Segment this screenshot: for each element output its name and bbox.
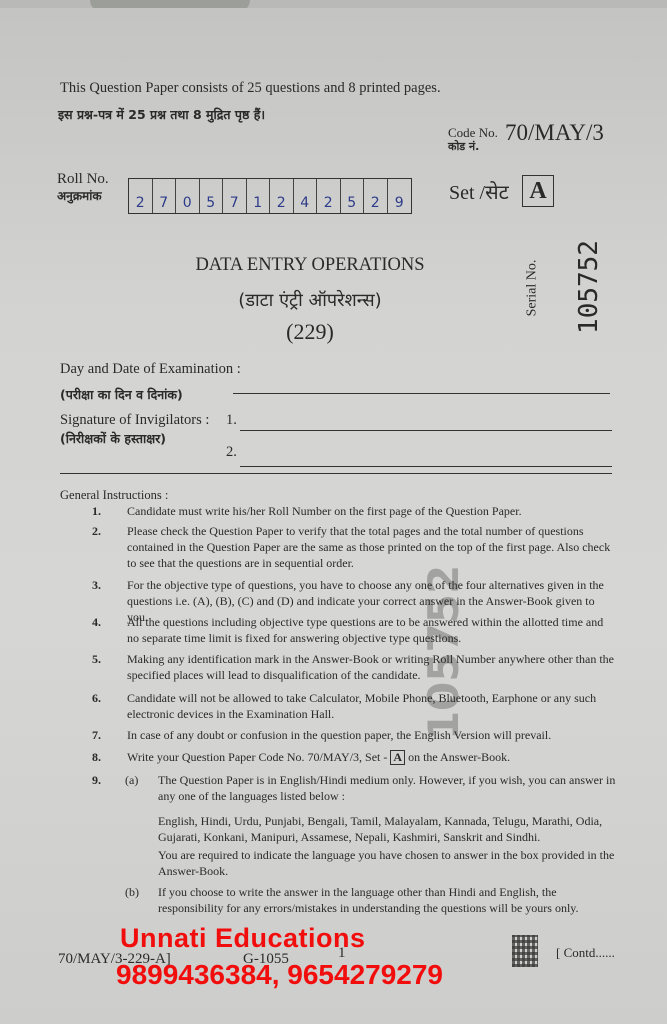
code-number: 70/MAY/3: [505, 120, 604, 146]
subject-title-hi: (डाटा एंट्री ऑपरेशन्स): [160, 288, 460, 312]
roll-digit-box[interactable]: 4: [294, 179, 318, 213]
pages-info-hi: इस प्रश्न-पत्र में 25 प्रश्न तथा 8 मुद्र…: [58, 106, 265, 123]
signature-label: Signature of Invigilators :: [60, 412, 209, 429]
roll-digit-box[interactable]: 9: [388, 179, 412, 213]
divider: [60, 473, 612, 474]
instructions-heading: General Instructions :: [60, 488, 168, 503]
code-label: Code No. कोड नं.: [448, 126, 498, 154]
signature-line-1[interactable]: [240, 430, 612, 431]
code-label-en: Code No.: [448, 126, 498, 140]
roll-digit-box[interactable]: 0: [176, 179, 200, 213]
roll-digit-box[interactable]: 2: [270, 179, 294, 213]
roll-digit-box[interactable]: 7: [153, 179, 177, 213]
instruction-number: 5.: [92, 651, 101, 667]
subject-title: DATA ENTRY OPERATIONS: [160, 255, 460, 276]
roll-label-hi: अनुक्रमांक: [57, 188, 109, 205]
instruction-number: 7.: [92, 727, 101, 743]
pages-info-en: This Question Paper consists of 25 quest…: [60, 80, 441, 97]
instruction-text: Candidate will not be allowed to take Ca…: [127, 690, 617, 722]
roll-digit-box[interactable]: 2: [364, 179, 388, 213]
sub-label-a: (a): [125, 772, 138, 788]
set-box-inline: A: [390, 750, 405, 765]
continued-label: [ Contd......: [556, 945, 615, 961]
sub-label-b: (b): [125, 884, 139, 900]
watermark-name: Unnati Educations: [120, 923, 366, 954]
roll-number-boxes: 270571242529: [128, 178, 412, 214]
serial-value: 105752: [574, 240, 604, 334]
signature-line-2[interactable]: [240, 466, 612, 467]
instruction-text: Please check the Question Paper to verif…: [127, 523, 617, 571]
subject-code: (229): [160, 319, 460, 345]
date-line[interactable]: [233, 393, 610, 394]
instruction-text: All the questions including objective ty…: [127, 614, 617, 646]
date-label: Day and Date of Examination :: [60, 361, 241, 378]
instruction-text: Candidate must write his/her Roll Number…: [127, 503, 617, 519]
instruction-number: 6.: [92, 690, 101, 706]
roll-digit-box[interactable]: 1: [247, 179, 271, 213]
roll-label-en: Roll No.: [57, 171, 109, 188]
roll-digit-box[interactable]: 2: [317, 179, 341, 213]
sub-text-a: The Question Paper is in English/Hindi m…: [158, 772, 616, 804]
set-box: A: [522, 175, 554, 207]
roll-digit-box[interactable]: 5: [200, 179, 224, 213]
roll-digit-box[interactable]: 2: [129, 179, 153, 213]
instruction-number: 9.: [92, 772, 101, 788]
instruction-number: 4.: [92, 614, 101, 630]
serial-label: Serial No.: [524, 260, 540, 317]
instruction-text: In case of any doubt or confusion in the…: [127, 727, 617, 743]
watermark-phones: 9899436384, 9654279279: [116, 959, 443, 991]
instruction-number: 3.: [92, 577, 101, 593]
roll-label: Roll No. अनुक्रमांक: [57, 171, 109, 205]
languages-list: English, Hindi, Urdu, Punjabi, Bengali, …: [158, 813, 616, 845]
date-label-hi: (परीक्षा का दिन व दिनांक): [60, 386, 183, 403]
roll-digit-box[interactable]: 7: [223, 179, 247, 213]
qr-code-icon: [512, 935, 538, 967]
serial-number: Serial No. 105752: [528, 240, 628, 360]
instruction-text: Making any identification mark in the An…: [127, 651, 617, 683]
instruction-text-pre: Write your Question Paper Code No. 70/MA…: [127, 750, 387, 764]
signature-label-hi: (निरीक्षकों के हस्ताक्षर): [60, 430, 166, 447]
instruction-text-post: on the Answer-Book.: [408, 750, 510, 764]
set-label: Set /सेट: [449, 178, 509, 205]
roll-digit-box[interactable]: 5: [341, 179, 365, 213]
question-paper: This Question Paper consists of 25 quest…: [0, 8, 667, 1024]
instruction-number: 8.: [92, 749, 101, 765]
sub-text-b: If you choose to write the answer in the…: [158, 884, 616, 916]
signature-2-number: 2.: [226, 444, 237, 461]
code-label-hi: कोड नं.: [448, 140, 498, 154]
language-note: You are required to indicate the languag…: [158, 847, 616, 879]
signature-1-number: 1.: [226, 412, 237, 429]
instruction-number: 1.: [92, 503, 101, 519]
instruction-text: Write your Question Paper Code No. 70/MA…: [127, 749, 617, 765]
instruction-number: 2.: [92, 523, 101, 539]
